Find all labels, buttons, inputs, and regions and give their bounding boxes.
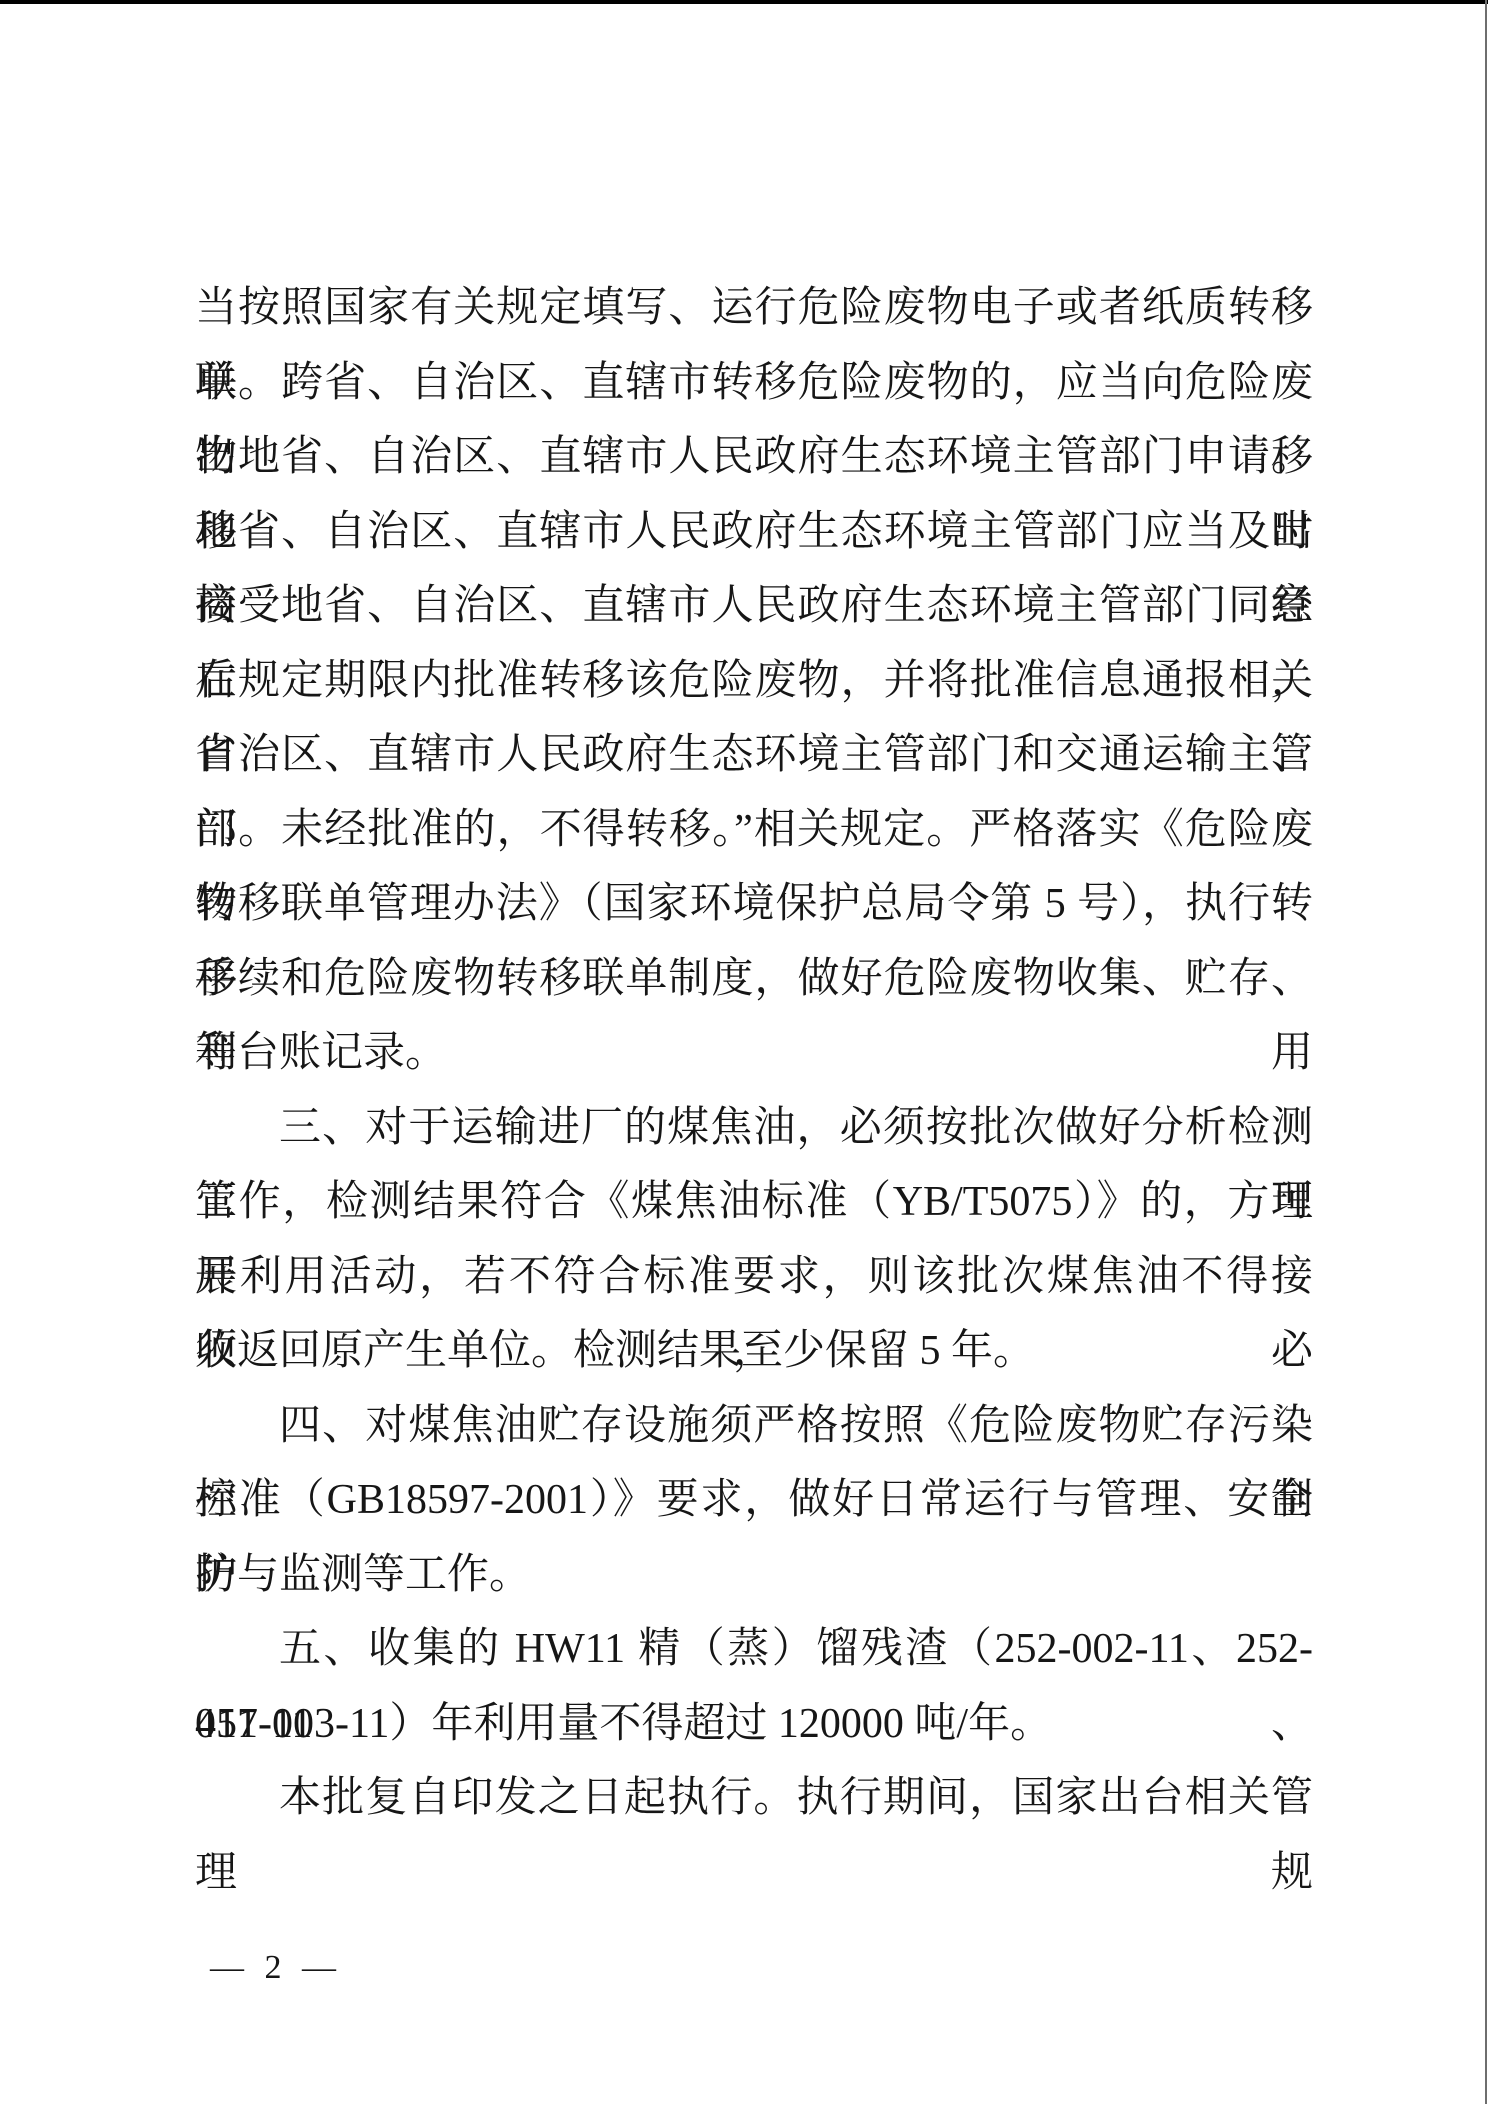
text-line: 门。未经批准的，不得转移。”相关规定。严格落实《危险废物 xyxy=(195,793,1313,868)
text-line-section-3: 三、对于运输进厂的煤焦油，必须按批次做好分析检测管理 xyxy=(195,1091,1313,1166)
text-line: 标准（GB18597-2001）》要求，做好日常运行与管理、安全防 xyxy=(195,1463,1313,1538)
document-body: 当按照国家有关规定填写、运行危险废物电子或者纸质转移联 单。跨省、自治区、直辖市… xyxy=(195,271,1313,1836)
page-number: — 2 — xyxy=(210,1946,342,1990)
text-line-section-4: 四、对煤焦油贮存设施须严格按照《危险废物贮存污染控制 xyxy=(195,1389,1313,1464)
text-line: 护与监测等工作。 xyxy=(195,1538,1313,1613)
text-line: 单。跨省、自治区、直辖市转移危险废物的，应当向危险废物移 xyxy=(195,346,1313,421)
top-scan-border xyxy=(0,0,1488,4)
document-page: 当按照国家有关规定填写、运行危险废物电子或者纸质转移联 单。跨省、自治区、直辖市… xyxy=(0,0,1488,2104)
text-line: 转移联单管理办法》（国家环境保护总局令第 5 号），执行转移 xyxy=(195,867,1313,942)
text-line: 自治区、直辖市人民政府生态环境主管部门和交通运输主管部 xyxy=(195,718,1313,793)
text-line: 本批复自印发之日起执行。执行期间，国家出台相关管理规 xyxy=(195,1761,1313,1836)
text-line: 出地省、自治区、直辖市人民政府生态环境主管部门申请。移出 xyxy=(195,420,1313,495)
text-line: 在规定期限内批准转移该危险废物，并将批准信息通报相关省、 xyxy=(195,644,1313,719)
text-line: 地省、自治区、直辖市人民政府生态环境主管部门应当及时商经 xyxy=(195,495,1313,570)
text-line: 手续和危险废物转移联单制度，做好危险废物收集、贮存、利用 xyxy=(195,942,1313,1017)
text-line: 展利用活动，若不符合标准要求，则该批次煤焦油不得接收，必 xyxy=(195,1240,1313,1315)
right-scan-border xyxy=(1485,0,1487,2104)
text-line-section-5: 五、收集的 HW11 精（蒸）馏残渣（252-002-11、252-017-11… xyxy=(195,1612,1313,1687)
text-line: 当按照国家有关规定填写、运行危险废物电子或者纸质转移联 xyxy=(195,271,1313,346)
text-line: 工作，检测结果符合《煤焦油标准（YB/T5075）》的，方可开 xyxy=(195,1165,1313,1240)
text-line: 接受地省、自治区、直辖市人民政府生态环境主管部门同意后， xyxy=(195,569,1313,644)
